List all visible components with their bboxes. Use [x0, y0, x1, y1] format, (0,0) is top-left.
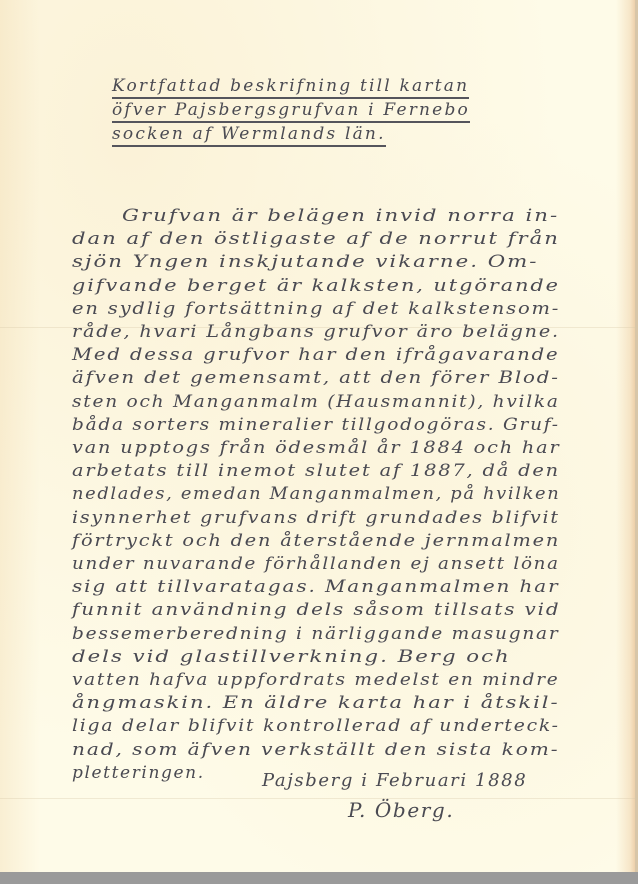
body-line: Grufvan är belägen invid norra in- — [122, 206, 559, 226]
body-line: förtryckt och den återstående jernmalmen — [72, 531, 560, 551]
place-date: Pajsberg i Februari 1888 — [262, 770, 527, 791]
body-line: sig att tillvaratagas. Manganmalmen har — [72, 577, 560, 597]
body-line: isynnerhet grufvans drift grundades blif… — [72, 508, 560, 528]
body-line: under nuvarande förhållanden ej ansett l… — [72, 554, 560, 574]
body-line: båda sorters mineralier tillgodogöras. G… — [72, 415, 560, 435]
body-line: nad, som äfven verkställt den sista kom- — [72, 740, 559, 760]
body-line: liga delar blifvit kontrollerad af under… — [72, 716, 560, 736]
body-line: bessemerberedning i närliggande masugnar — [72, 624, 560, 644]
body-line: Med dessa grufvor har den ifrågavarande — [72, 345, 559, 365]
body-line: dels vid glastillverkning. Berg och — [72, 647, 511, 667]
manuscript-page: Kortfattad beskrifning till kartan öfver… — [0, 0, 638, 872]
body-line: ångmaskin. En äldre karta har i åtskil- — [72, 693, 560, 713]
bottom-bar — [0, 872, 638, 884]
body-line: van upptogs från ödesmål år 1884 och har — [72, 438, 561, 458]
body-line: nedlades, emedan Manganmalmen, på hvilke… — [72, 484, 560, 504]
body-line: sjön Yngen inskjutande vikarne. Om- — [72, 252, 538, 272]
body-line: äfven det gemensamt, att den förer Blod- — [72, 368, 560, 388]
body-line: funnit användning dels såsom tillsats vi… — [72, 600, 560, 620]
body-line: vatten hafva uppfordrats medelst en mind… — [72, 670, 559, 690]
body-line: råde, hvari Långbans grufvor äro belägne… — [72, 322, 560, 342]
body-line: arbetats till inemot slutet af 1887, då … — [72, 461, 560, 481]
body-line: dan af den östligaste af de norrut från — [72, 229, 560, 249]
fold-line — [0, 798, 638, 799]
body-line: sten och Manganmalm (Hausmannit), hvilka — [72, 392, 560, 412]
title-line: socken af Wermlands län. — [112, 124, 386, 147]
title-line: Kortfattad beskrifning till kartan — [112, 76, 469, 99]
signature: P. Öberg. — [348, 798, 454, 822]
body-line: gifvande berget är kalksten, utgörande — [72, 276, 560, 296]
body-line: pletteringen. — [72, 763, 205, 783]
body-line: en sydlig fortsättning af det kalkstenso… — [72, 299, 560, 319]
title-line: öfver Pajsbergsgrufvan i Fernebo — [112, 100, 470, 123]
